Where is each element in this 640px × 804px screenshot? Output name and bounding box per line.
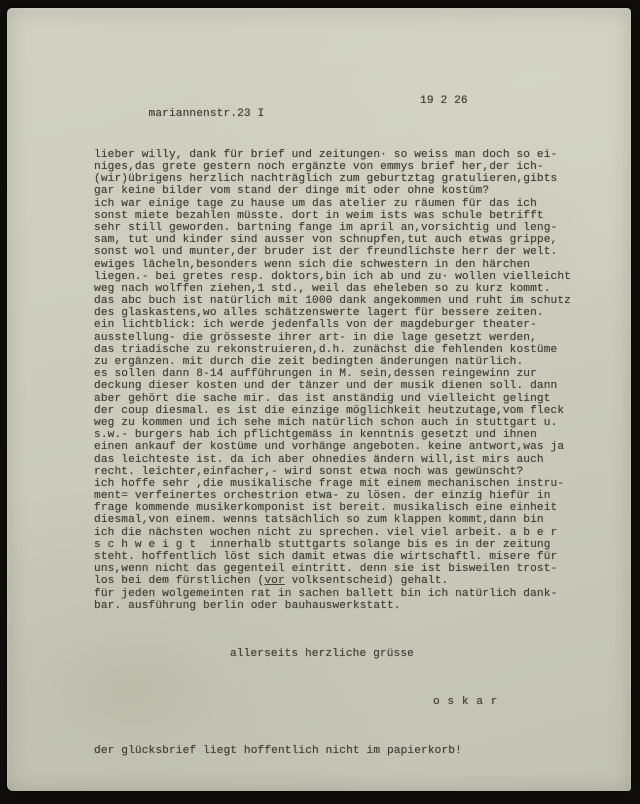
letter-line: los bei dem fürstlichen (vor volksentsch…	[94, 575, 613, 587]
letter-line: sehr still geworden. bartning fange im a…	[94, 222, 613, 234]
letter-line: recht. leichter,einfacher,- wird sonst e…	[94, 466, 613, 478]
closing-line: allerseits herzliche grüsse	[230, 648, 613, 660]
letter-line: deckung dieser kosten und der tänzer und…	[94, 380, 613, 392]
letter-line: ewiges lächeln,besonders wenn sich die s…	[94, 259, 613, 271]
letter-line: zu ergänzen. mit durch die zeit bedingte…	[94, 356, 613, 368]
underlined-word: vor	[264, 575, 284, 587]
letter-line: aber gehört die sache mir. das ist anstä…	[94, 393, 613, 405]
letter-header: mariannenstr.23 I 19 2 26	[94, 95, 613, 107]
letter-line: weg nach wolffen ziehen,1 std., weil das…	[94, 283, 613, 295]
letter-line: sam, tut und kinder sind ausser von schn…	[94, 234, 613, 246]
letter-line: der coup diesmal. es ist die einzige mög…	[94, 405, 613, 417]
letter-line: uns,wenn nicht das gegenteil eintritt. d…	[94, 563, 613, 575]
letter-line: frage kommende musikerkomponist ist bere…	[94, 502, 613, 514]
address-line: mariannenstr.23 I	[149, 108, 265, 120]
letter-line: steht. hoffentlich löst sich damit etwas…	[94, 551, 613, 563]
letter-line: lieber willy, dank für brief und zeitung…	[94, 149, 613, 161]
letter-line: sonst wol und munter,der bruder ist der …	[94, 246, 613, 258]
letter-line: ein lichtblick: ich werde jedenfalls von…	[94, 319, 613, 331]
letter-line: ich war einige tage zu hause um das atel…	[94, 198, 613, 210]
letter-line: einen ankauf der kostüme und vorhänge an…	[94, 441, 613, 453]
letter-line: ausstellung- die grösseste ihrer art- in…	[94, 332, 613, 344]
letter-line: des glaskastens,wo alles schätzenswerte …	[94, 307, 613, 319]
letter-line: (wir)übrigens herzlich nachträglich zum …	[94, 173, 613, 185]
letter-line: das triadische zu rekonstruieren,d.h. zu…	[94, 344, 613, 356]
letter-body: lieber willy, dank für brief und zeitung…	[94, 149, 613, 612]
letter-line: das leichteste ist. da ich aber ohnedies…	[94, 454, 613, 466]
letter-line: für jeden wolgemeinten rat in sachen bal…	[94, 588, 613, 600]
letter-line: s.w.- burgers hab ich pflichtgemäss in k…	[94, 429, 613, 441]
letter-line: weg zu kommen und ich sehe mich natürlic…	[94, 417, 613, 429]
letter-line: s c h w e i g t innerhalb stuttgarts sol…	[94, 539, 613, 551]
postscript-line: der glücksbrief liegt hoffentlich nicht …	[94, 745, 613, 757]
letter-content: mariannenstr.23 I 19 2 26 lieber willy, …	[94, 71, 613, 781]
letter-line: niges,das grete gestern noch ergänzte vo…	[94, 161, 613, 173]
letter-line: gar keine bilder vom stand der dinge mit…	[94, 185, 613, 197]
letter-line: das abc buch ist natürlich mit 1000 dank…	[94, 295, 613, 307]
letter-line: liegen.- bei gretes resp. doktors,bin ic…	[94, 271, 613, 283]
date-line: 19 2 26	[420, 95, 468, 107]
letter-line: ment= verfeinertes orchestrion etwa- zu …	[94, 490, 613, 502]
letter-line: diesmal,von einem. wenns tatsächlich so …	[94, 514, 613, 526]
photo-background: mariannenstr.23 I 19 2 26 lieber willy, …	[0, 0, 640, 804]
letter-line: bar. ausführung berlin oder bauhauswerks…	[94, 600, 613, 612]
letter-line: es sollen dann 8-14 aufführungen in M. s…	[94, 368, 613, 380]
letter-line: ich hoffe sehr ,die musikalische frage m…	[94, 478, 613, 490]
letter-line: sonst miete bezahlen müsste. dort in wei…	[94, 210, 613, 222]
letter-paper: mariannenstr.23 I 19 2 26 lieber willy, …	[7, 8, 631, 791]
signature: o s k a r	[433, 696, 613, 708]
letter-line: ich die nächsten wochen nicht zu spreche…	[94, 527, 613, 539]
